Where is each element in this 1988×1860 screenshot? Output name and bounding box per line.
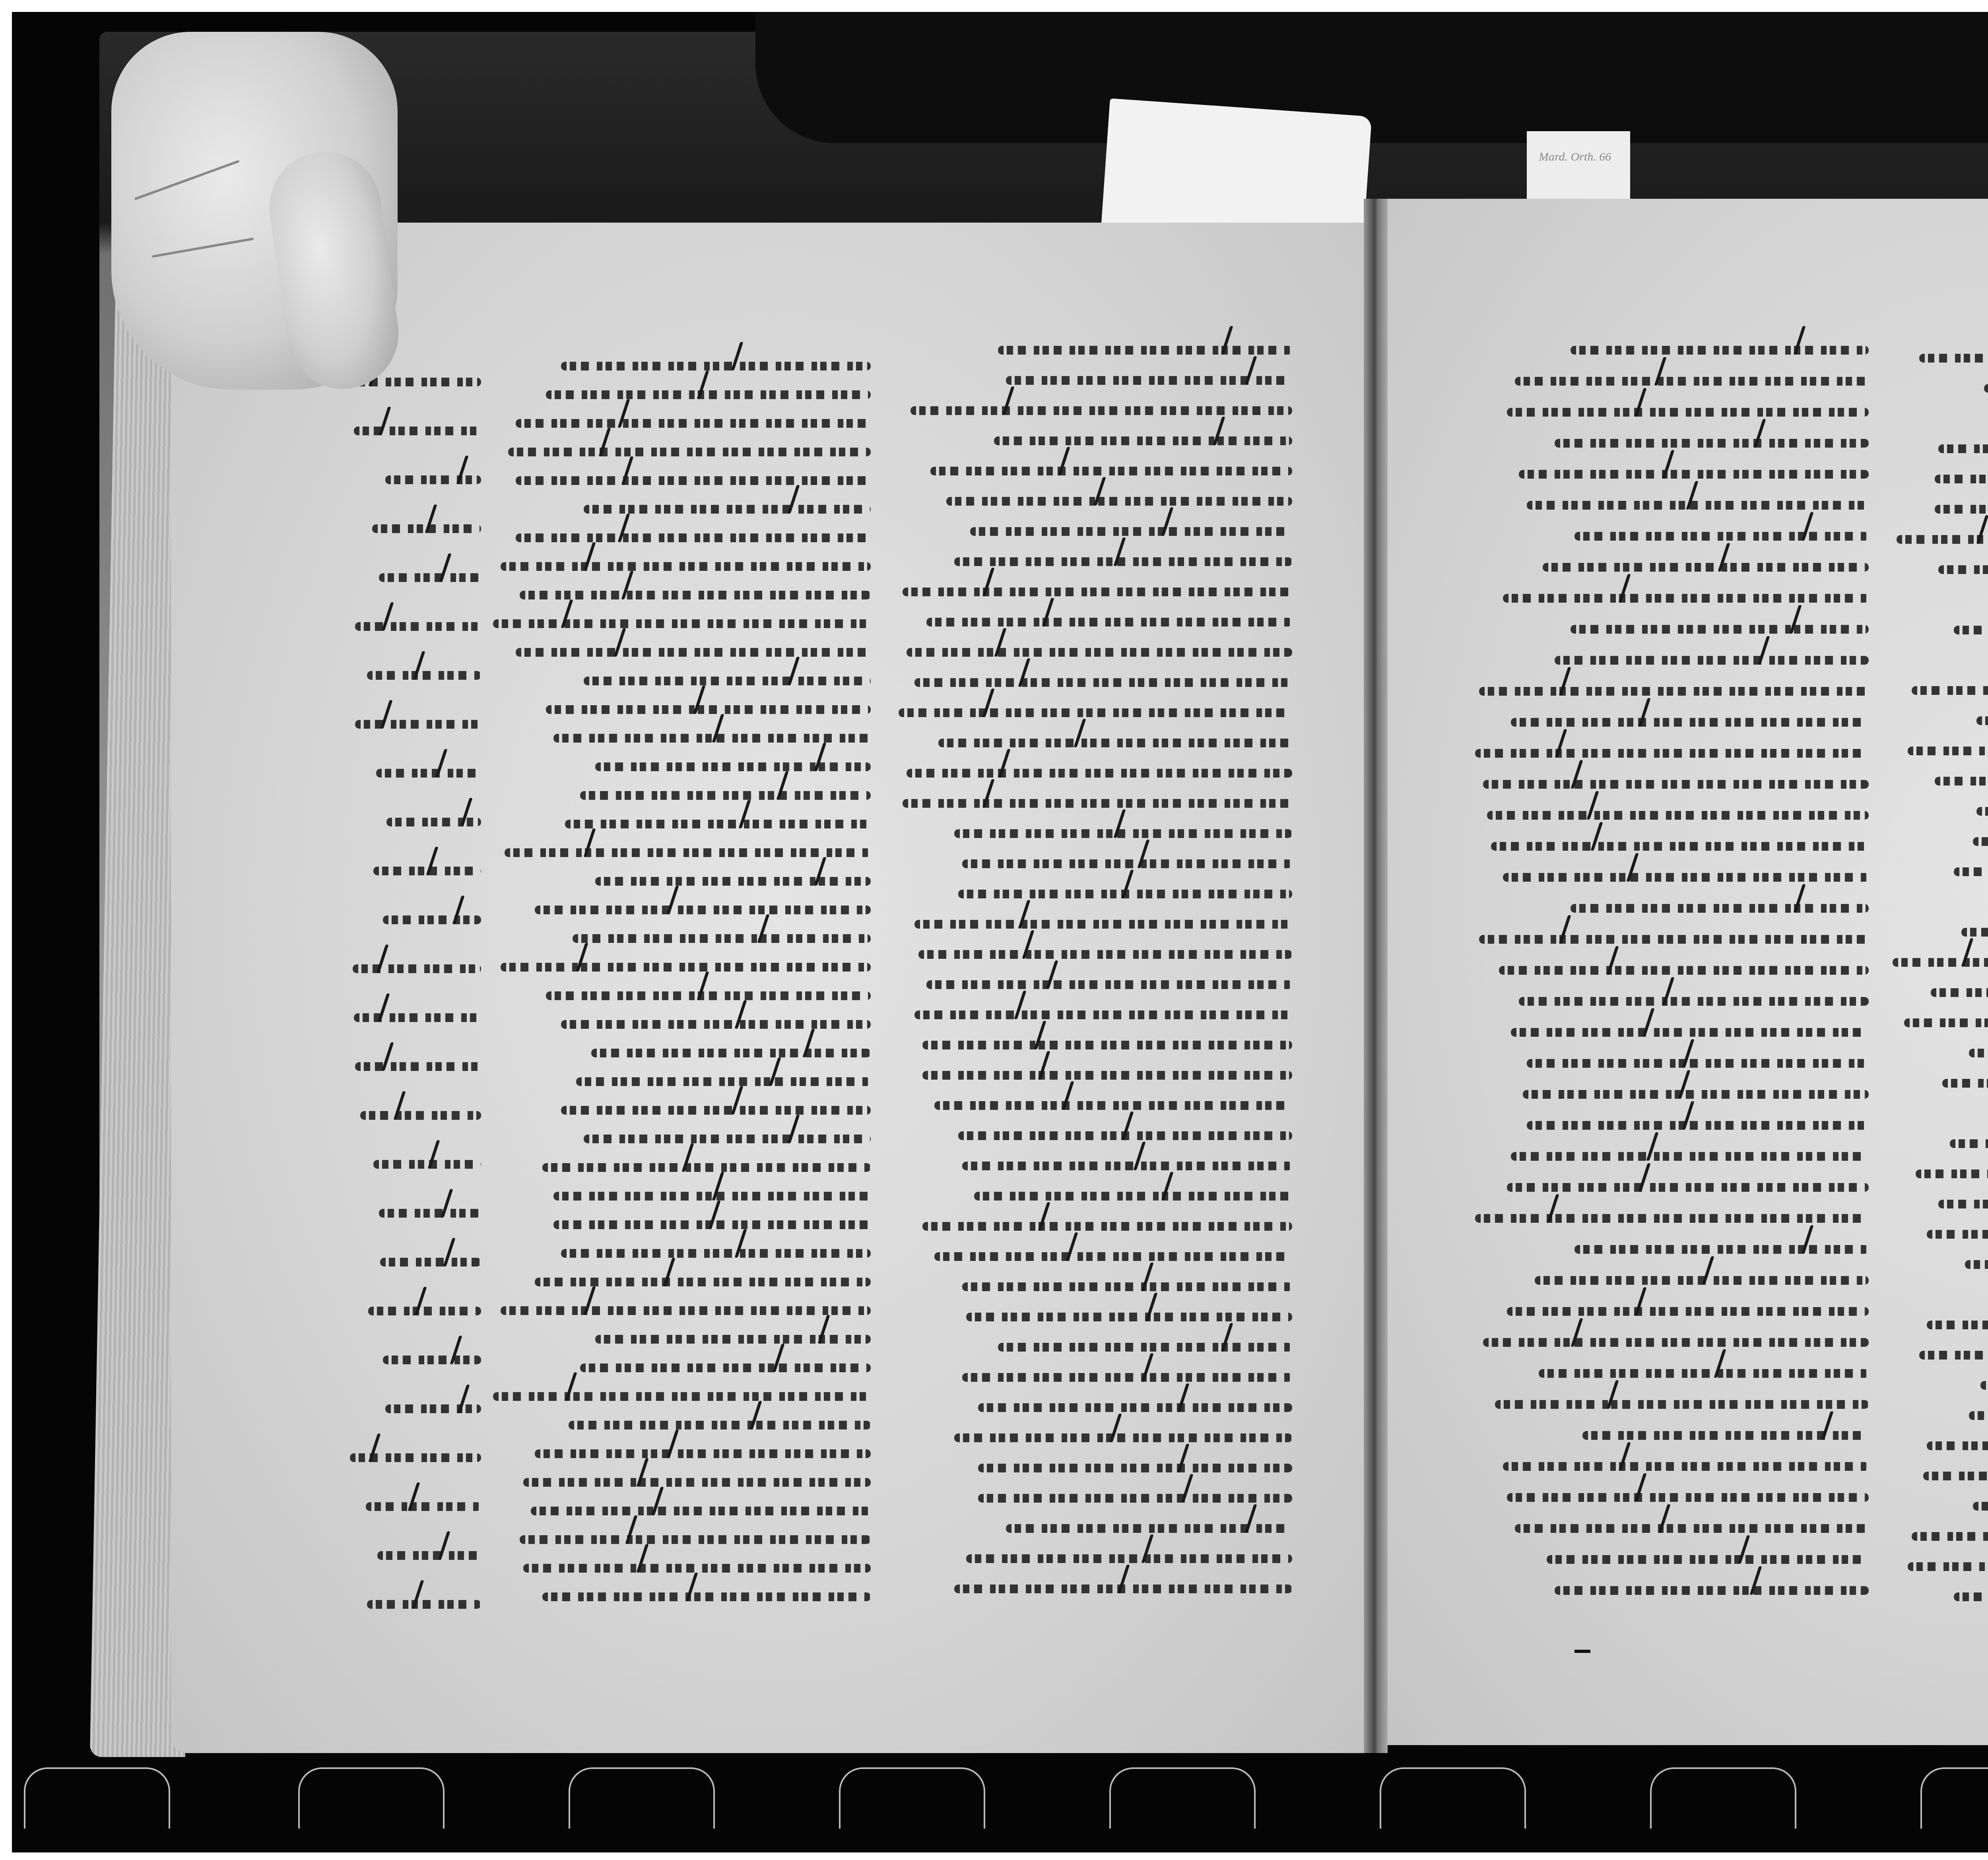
manuscript-line [493,800,871,828]
manuscript-line [1893,334,1988,364]
manuscript-line [493,1344,871,1372]
manuscript-line [1893,394,1988,425]
sprocket-hole [24,1767,170,1829]
manuscript-line [1471,1535,1869,1566]
manuscript-line [1471,853,1869,884]
manuscript-line [350,1433,481,1482]
manuscript-line [493,1086,871,1115]
manuscript-line [1471,1101,1869,1132]
manuscript-line [1893,1573,1988,1603]
manuscript-line [895,960,1292,991]
manuscript-line [895,1202,1292,1232]
manuscript-line [1471,1194,1869,1225]
manuscript-line [1893,1391,1988,1422]
manuscript-line [1471,357,1869,388]
manuscript-line [493,485,871,514]
manuscript-line [1893,878,1988,908]
right-page-column-1 [1471,326,1869,1597]
manuscript-line [1893,666,1988,696]
manuscript-line [1471,1256,1869,1287]
manuscript-line [493,1573,871,1601]
manuscript-line [493,1544,871,1573]
manuscript-line [895,809,1292,840]
manuscript-line [493,1515,871,1544]
manuscript-line [1471,1318,1869,1349]
manuscript-line [1471,760,1869,791]
manuscript-line [493,1229,871,1258]
manuscript-line [493,571,871,599]
manuscript-line [895,1232,1292,1263]
manuscript-line [1471,698,1869,729]
manuscript-line [493,943,871,972]
manuscript-line [895,1414,1292,1444]
manuscript-line [1893,1240,1988,1270]
manuscript-line [1893,1482,1988,1512]
manuscript-line [1471,667,1869,698]
manuscript-line [1893,908,1988,938]
manuscript-line [895,1534,1292,1565]
manuscript-line [1471,1411,1869,1442]
manuscript-line [1471,388,1869,419]
manuscript-line [493,1429,871,1458]
manuscript-line [350,456,481,504]
manuscript-line [1471,1504,1869,1535]
manuscript-line [895,477,1292,507]
manuscript-line [493,1000,871,1029]
manuscript-line [350,602,481,651]
manuscript-line [895,537,1292,568]
photo-frame: Mard. Orth. 66 ✱ [0,0,1988,1860]
manuscript-line [895,1263,1292,1293]
manuscript-line [895,900,1292,930]
manuscript-line [895,1323,1292,1353]
manuscript-line [895,1081,1292,1111]
manuscript-line [1893,485,1988,515]
manuscript-line [895,1474,1292,1504]
manuscript-line [1471,636,1869,667]
manuscript-line [895,779,1292,809]
manuscript-line [350,1140,481,1189]
manuscript-line [1471,1132,1869,1163]
sprocket-hole [569,1767,715,1829]
manuscript-line [895,326,1292,356]
manuscript-line [1893,696,1988,727]
manuscript-line [895,870,1292,900]
manuscript-line [493,886,871,914]
manuscript-line [350,1531,481,1580]
manuscript-line [1893,1210,1988,1240]
manuscript-line [493,743,871,771]
manuscript-line [1471,481,1869,512]
manuscript-line [493,399,871,428]
manuscript-line [350,553,481,602]
manuscript-line [350,1238,481,1287]
manuscript-line [895,930,1292,960]
manuscript-line [1893,1089,1988,1119]
manuscript-line [1471,512,1869,543]
manuscript-line [1471,1225,1869,1256]
manuscript-line [1893,1301,1988,1331]
manuscript-line [1893,787,1988,817]
manuscript-line [493,714,871,743]
manuscript-line [1893,455,1988,485]
manuscript-line [493,1401,871,1429]
manuscript-line [493,628,871,657]
manuscript-line [895,1353,1292,1383]
manuscript-line [1893,1361,1988,1391]
manuscript-line [493,456,871,485]
manuscript-line [895,749,1292,779]
manuscript-line [1893,938,1988,968]
left-page-column-1 [493,342,871,1601]
manuscript-line [895,1142,1292,1172]
manuscript-line [350,1336,481,1385]
manuscript-line [1893,968,1988,999]
manuscript-line [350,896,481,945]
manuscript-line [350,1385,481,1433]
shelfmark-slip [1527,131,1630,203]
manuscript-line [1471,1349,1869,1380]
manuscript-line [1471,1008,1869,1039]
manuscript-line [493,599,871,628]
manuscript-line [1471,822,1869,853]
manuscript-line [493,1057,871,1086]
sprocket-hole [1109,1767,1256,1829]
manuscript-line [1893,1422,1988,1452]
manuscript-line [895,991,1292,1021]
manuscript-line [895,1021,1292,1051]
sprocket-hole [839,1767,985,1829]
manuscript-line [493,514,871,542]
manuscript-line [350,1091,481,1140]
manuscript-line [895,1383,1292,1414]
manuscript-line [895,1111,1292,1142]
manuscript-line [895,1504,1292,1534]
manuscript-line [493,1029,871,1057]
manuscript-line [1471,1442,1869,1473]
manuscript-line [1471,1473,1869,1504]
manuscript-line [895,1293,1292,1323]
manuscript-line [493,657,871,685]
page-mark [1574,1650,1590,1653]
manuscript-line [493,914,871,943]
left-page-margin-column [350,358,481,1629]
manuscript-line [350,407,481,456]
manuscript-line [1893,1512,1988,1542]
manuscript-line [493,1315,871,1344]
manuscript-line [350,1482,481,1531]
manuscript-line [1893,636,1988,666]
dark-cloth [755,12,1988,143]
right-page-column-2 [1893,334,1988,1603]
manuscript-line [895,356,1292,386]
manuscript-line [895,1444,1292,1474]
manuscript-line [493,857,871,886]
manuscript-line [1893,606,1988,636]
manuscript-line [1893,425,1988,455]
manuscript-line [895,840,1292,870]
manuscript-line [493,1143,871,1172]
manuscript-line [350,1042,481,1091]
manuscript-line [1471,1070,1869,1101]
manuscript-line [1471,450,1869,481]
manuscript-line [1471,326,1869,357]
manuscript-line [1471,884,1869,915]
manuscript-line [493,1172,871,1201]
manuscript-line [895,598,1292,628]
left-page-column-2 [895,326,1292,1595]
manuscript-line [1893,1270,1988,1301]
manuscript-line [493,1258,871,1286]
manuscript-line [493,542,871,571]
manuscript-line [895,1565,1292,1595]
manuscript-line [895,386,1292,417]
manuscript-line [1893,1452,1988,1482]
manuscript-line [1893,727,1988,757]
manuscript-line [1893,1059,1988,1089]
manuscript-line [1893,1150,1988,1180]
manuscript-line [1471,543,1869,574]
manuscript-line [1471,605,1869,636]
manuscript-line [1893,1119,1988,1150]
manuscript-line [1471,1566,1869,1597]
blank-paper-slip [1101,98,1372,243]
sprocket-hole [1650,1767,1796,1829]
manuscript-line [493,972,871,1000]
manuscript-line [350,847,481,896]
manuscript-line [1893,848,1988,878]
book-gutter [1364,199,1388,1753]
manuscript-line [1893,1029,1988,1059]
manuscript-line [895,1172,1292,1202]
manuscript-line [1471,574,1869,605]
manuscript-line [1893,364,1988,394]
manuscript-line [493,685,871,714]
manuscript-line [493,342,871,370]
manuscript-line [493,1458,871,1487]
manuscript-line [1471,419,1869,450]
manuscript-line [350,1287,481,1336]
manuscript-line [350,993,481,1042]
manuscript-line [1471,977,1869,1008]
manuscript-line [1893,576,1988,606]
manuscript-line [895,628,1292,658]
manuscript-line [1471,1287,1869,1318]
manuscript-line [895,1051,1292,1081]
sprocket-hole [298,1767,445,1829]
manuscript-line [350,504,481,553]
sprocket-hole [1380,1767,1526,1829]
manuscript-line [895,507,1292,537]
manuscript-line [493,370,871,399]
manuscript-line [895,719,1292,749]
manuscript-line [493,1286,871,1315]
manuscript-line [350,945,481,993]
manuscript-line [350,798,481,847]
manuscript-line [1893,1542,1988,1573]
manuscript-line [895,568,1292,598]
manuscript-line [1893,999,1988,1029]
manuscript-line [1893,817,1988,848]
shelfmark-text: Mard. Orth. 66 [1539,147,1634,167]
manuscript-line [1893,545,1988,576]
manuscript-line [895,658,1292,689]
manuscript-line [493,1201,871,1229]
sprocket-hole [1920,1767,1988,1829]
manuscript-line [493,1372,871,1401]
manuscript-line [350,1580,481,1629]
manuscript-line [1471,729,1869,760]
manuscript-line [1471,946,1869,977]
manuscript-line [1471,1163,1869,1194]
manuscript-line [350,700,481,749]
manuscript-line [1893,1331,1988,1361]
manuscript-line [493,1115,871,1143]
manuscript-line [350,749,481,798]
manuscript-line [1471,1380,1869,1411]
manuscript-line [895,447,1292,477]
manuscript-line [895,417,1292,447]
manuscript-line [493,771,871,800]
manuscript-line [1893,1180,1988,1210]
manuscript-line [493,1487,871,1515]
manuscript-line [493,828,871,857]
manuscript-line [350,651,481,700]
manuscript-line [1893,515,1988,545]
manuscript-line [493,428,871,456]
manuscript-line [895,689,1292,719]
manuscript-line [350,1189,481,1238]
manuscript-line [1471,1039,1869,1070]
manuscript-line [1893,757,1988,787]
manuscript-line [1471,915,1869,946]
manuscript-line [1471,791,1869,822]
